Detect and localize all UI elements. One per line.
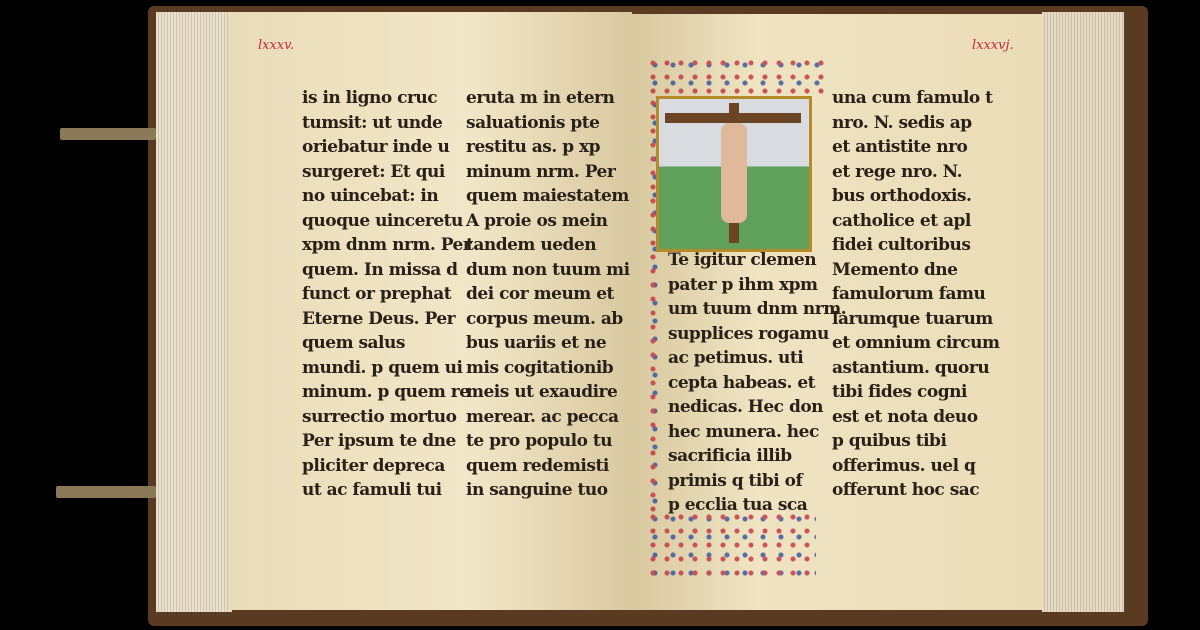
- right-page-column-2: una cum famulo t nro. N. sedis ap et ant…: [832, 86, 999, 503]
- crucifixion-miniature: [656, 96, 812, 252]
- left-page-column-1: is in ligno cruc tumsit: ut unde oriebat…: [302, 86, 471, 503]
- right-folio-number: lxxxvj.: [972, 38, 1014, 53]
- cross-beam: [665, 113, 801, 123]
- left-folio-number: lxxxv.: [258, 38, 294, 53]
- clasp-strap-bottom: [56, 486, 156, 498]
- page-edges-right: [1042, 12, 1124, 612]
- clasp-strap-top: [60, 128, 156, 140]
- floral-border-bottom: [646, 510, 816, 580]
- left-page-column-2: eruta m in etern saluationis pte restitu…: [466, 86, 630, 503]
- christ-figure: [721, 123, 747, 223]
- right-page-column-1: Te igitur clemen pater p ihm xpm um tuum…: [668, 248, 846, 518]
- floral-border-top: [646, 56, 826, 96]
- page-edges-left: [156, 12, 232, 612]
